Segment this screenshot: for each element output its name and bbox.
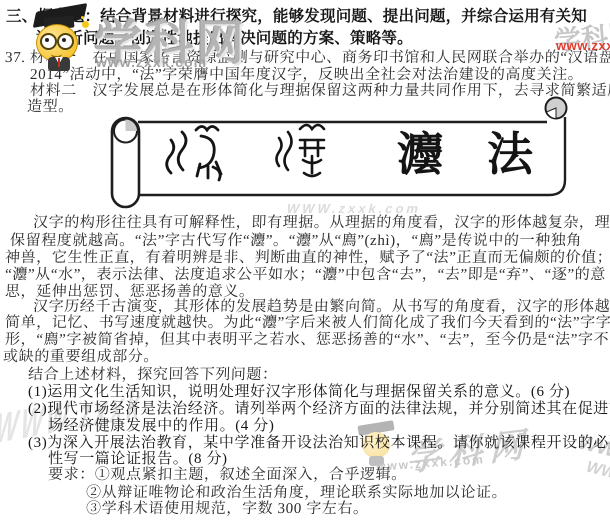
text-line: ③学科术语使用规范，字数 300 字左右。: [86, 502, 369, 517]
cap-tassel-icon: [82, 21, 89, 28]
fa-modern-char: 法: [487, 129, 534, 180]
fa-evolution-scroll: 灋 法: [100, 96, 580, 221]
exam-page: 学科网 www.zxxk.com WWW.zxxk.com WWW.zxxk 学…: [0, 0, 610, 523]
text-line: 保留程度就越高。“法”字古代写作“灋”。“灋”从“廌”(zhì)，“廌”是传说中…: [10, 234, 582, 249]
text-line: 要求：①观点紧扣主题，叙述全面深入，合乎逻辑。: [48, 468, 407, 483]
text-line: 汉字历经千古演变，其形体的发展趋势是由繁向简。从书写的角度看，汉字的形体越: [33, 300, 610, 315]
text-line: (1)运用文化生活知识，说明处理好汉字形体简化与理据保留关系的意义。(6 分): [28, 385, 570, 400]
text-line: “灋”从“水”，表示法律、法度追求公平如水；“灋”中包含“去”，“去”即是“弃”…: [5, 268, 606, 283]
text-line: 神兽，它生性正直，有着明辨是非、判断曲直的神性，赋予了“法”正直而无偏颇的价值；: [5, 251, 610, 266]
eye-left: [45, 38, 49, 42]
text-line: 场经济健康发展中的作用。(4 分): [48, 419, 274, 434]
fa-traditional-char: 灋: [397, 129, 443, 180]
glasses-lens-right-icon: [57, 33, 74, 50]
text-line: ②从辩证唯物论和政治生活角度，理论联系实际地加以论证。: [86, 486, 508, 501]
glasses-lens-left-icon: [40, 33, 57, 50]
text-line: 形，“廌”字被简省掉，但其中表明平之若水、惩恶扬善的“水”、“去”，至今仍是“法…: [5, 333, 610, 348]
text-line: 或缺的重要组成部分。: [3, 350, 160, 365]
text-line: (2)现代市场经济是法治经济。请列举两个经济方面的法律法规，并分别简述其在促进市: [28, 402, 610, 417]
eye-right: [62, 38, 66, 42]
text-line: 性写一篇论证报告。(8 分): [48, 452, 228, 467]
text-line: 简单，记忆、书写速度就越快。为此“灋”字后来被人们简化成了我们今天看到的“法”字…: [5, 316, 610, 331]
zxxk-url-text: www.zxxk.com: [96, 54, 207, 70]
zxxk-mascot-icon: [28, 4, 100, 72]
zxxk-logo: 学科网 www.zxxk.com: [28, 2, 258, 70]
mascot-body: [48, 57, 70, 71]
document-text: 三、探究题：结合背景材料进行探究，能够发现问题、提出问题，并综合运用有关知识分析…: [0, 0, 610, 523]
text-line: 结合上述材料，探究回答下列问题：: [28, 368, 278, 383]
text-line: 造型。: [27, 100, 74, 115]
text-line: 思，延伸出惩罚、惩恶扬善的意义。: [5, 285, 255, 300]
text-line: (3)为深入开展法治教育，某中学准备开设法治知识校本课程。请你就该课程开设的必要: [28, 436, 610, 451]
